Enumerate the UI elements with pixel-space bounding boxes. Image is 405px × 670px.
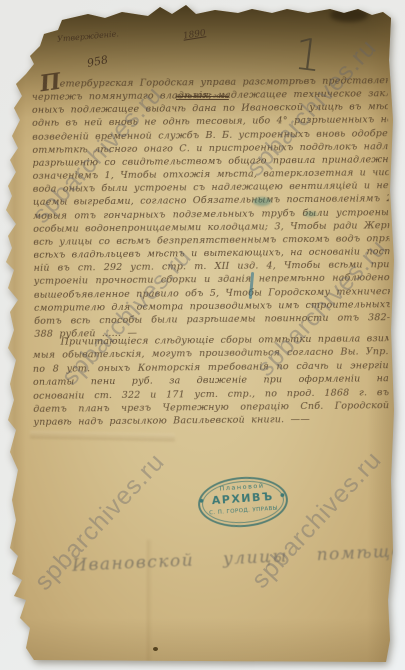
handwritten-paragraph-2: Причитающіеся слѣдующіе сборы отмѣтки пр…	[33, 332, 390, 430]
archive-oval-stamp: Плановой • АРХИВЪ • С. П. ГОРОД. УПРАВЫ	[196, 474, 289, 530]
interlinear-insertion: сего 1903 года	[176, 92, 229, 100]
handwritten-paragraph-1: етербургская Городская управа разсмотрѣв…	[32, 74, 391, 341]
top-left-ink-note: Утвержденіе.	[57, 29, 119, 43]
scanned-document: Утвержденіе. 1890 958 1 П сего 1903 года…	[0, 0, 405, 670]
ink-speck	[153, 647, 158, 651]
bottom-edge-shading	[0, 618, 405, 670]
top-center-number: 1890	[182, 28, 206, 41]
stain-top-right	[330, 8, 368, 22]
horizontal-crease	[30, 430, 175, 441]
pencil-inscription: Ивановской улицы помѣщеніе	[72, 540, 405, 576]
handwritten-line: управѣ надъ разсылкою Васильевской книги…	[33, 413, 389, 430]
paper-sheet: Утвержденіе. 1890 958 1 П сего 1903 года…	[0, 0, 405, 670]
sheet-number-pencil: 1	[291, 32, 324, 79]
torn-left-edge-shading	[0, 0, 26, 670]
folio-number: 958	[86, 53, 109, 70]
